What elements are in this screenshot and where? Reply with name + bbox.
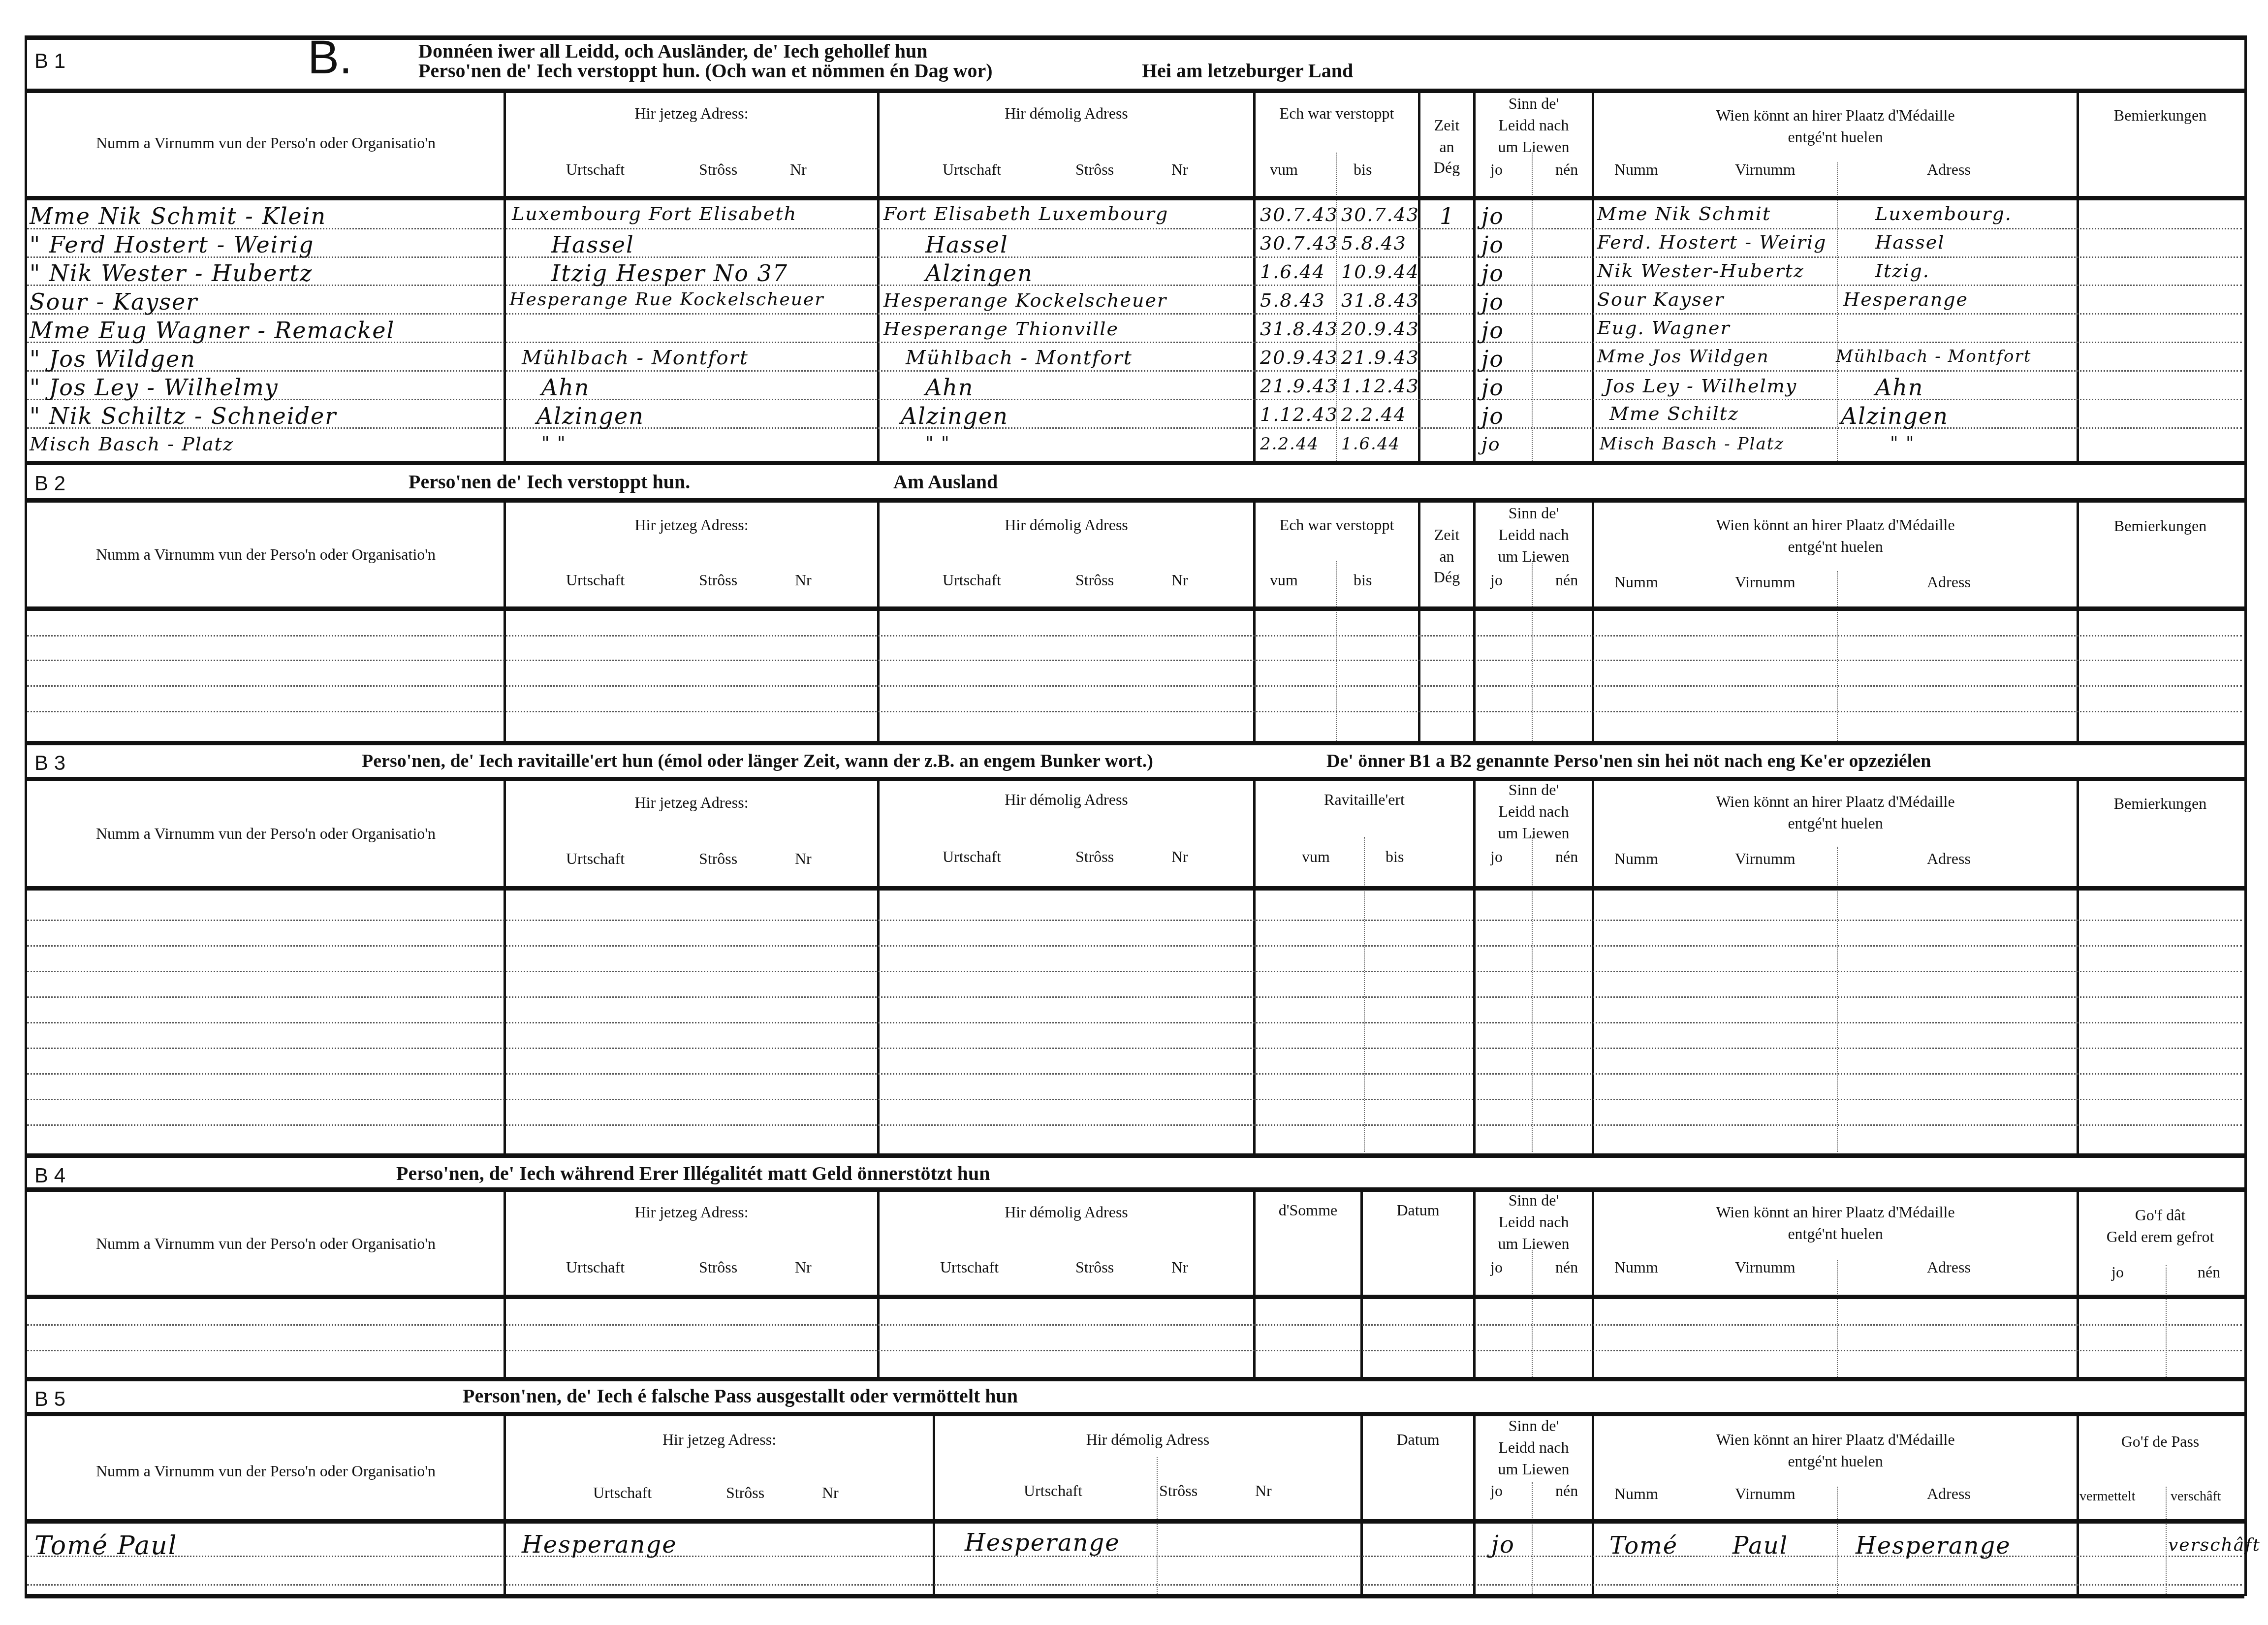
col-stross: Strôss [699,571,737,589]
b1-title-right: Hei am letzeburger Land [1142,59,1353,82]
cell-from: 20.9.43 [1260,347,1338,368]
col-nen: nén [1555,1258,1578,1276]
cell-former-address: Ahn [925,374,974,401]
col-nen: nén [1555,571,1578,589]
cell-current-address: " " [541,433,567,453]
col-virnumm: Virnumm [1735,1485,1795,1503]
cell-medal-name: Sour Kayser [1597,288,1724,310]
cell-risk-yes: jo [1481,403,1504,429]
col-adress: Adress [1927,1485,1971,1503]
col-stross: Strôss [699,850,737,868]
col-current-address: Hir jetzeg Adress: [506,104,877,123]
col-medal-1: Wien könnt an hirer Plaatz d'Médaille [1594,516,2077,534]
rule [25,1295,2244,1299]
section-label-b1: B 1 [34,49,65,73]
b4-title: Perso'nen, de' Iech während Erer Illégal… [396,1162,990,1185]
rule [25,498,2244,503]
col-vum: vum [1270,571,1298,589]
cell-current-address: Mühlbach - Montfort [522,347,749,369]
col-urtschaft: Urtschaft [940,1258,999,1276]
cell-medal-name: Mme Jos Wildgen [1597,347,1769,367]
col-urtschaft: Urtschaft [566,1258,625,1276]
cell-to: 2.2.44 [1341,404,1407,425]
col-hidden: Ech war verstoppt [1256,104,1418,123]
cell-to: 10.9.44 [1341,261,1419,283]
col-nr: Nr [795,571,812,589]
cell-from: 31.8.43 [1260,318,1338,340]
col-nen: nén [2198,1263,2220,1281]
cell-medal-name: Mme Nik Schmit [1597,203,1771,224]
col-hidden: Ech war verstoppt [1256,516,1418,534]
cell-to: 1.6.44 [1341,434,1400,454]
cell-name: " Jos Wildgen [30,346,196,372]
col-nen: nén [1555,848,1578,866]
cell-current-address: Hassel [551,231,634,258]
col-days-1: Zeit [1420,526,1473,544]
col-risk-1: Sinn de' [1476,781,1592,799]
col-remarks: Bemierkungen [2079,795,2241,813]
col-days-1: Zeit [1420,116,1473,134]
cell-medal-address: Ahn [1875,374,1923,401]
col-jo: jo [1490,1482,1503,1500]
col-virnumm: Virnumm [1735,160,1795,179]
rule [25,1519,2244,1524]
cell-medal-address: " " [1890,433,1915,453]
cell-risk-yes: jo [1491,1531,1515,1559]
cell-medal-name: Misch Basch - Platz [1600,434,1784,454]
col-nen: nén [1555,160,1578,179]
cell-to: 20.9.43 [1341,318,1419,340]
col-urtschaft: Urtschaft [566,160,625,179]
col-jo: jo [1490,571,1503,589]
col-remarks: Bemierkungen [2079,517,2241,535]
col-nr: Nr [1171,571,1188,589]
col-days-2: an [1420,547,1473,566]
cell-current-address: Alzingen [536,403,644,429]
cell-medal-address: Mühlbach - Montfort [1836,347,2031,366]
col-name: Numm a Virnumm vun der Perso'n oder Orga… [30,825,502,843]
cell-medal-name: Mme Schiltz [1609,403,1739,424]
cell-medal-address: Hesperange [1856,1532,2011,1560]
col-stross: Strôss [1075,160,1114,179]
cell-medal-address: Itzig. [1875,260,1930,282]
col-stross: Strôss [1075,848,1114,866]
cell-risk-yes: jo [1481,374,1504,401]
b5-title: Person'nen, de' Iech é falsche Pass ausg… [463,1384,1018,1407]
col-stross: Strôss [699,1258,737,1276]
cell-former-address: Hesperange Thionville [883,318,1119,340]
cell-pass-provided: verschâft [2168,1535,2261,1555]
col-urtschaft: Urtschaft [1024,1482,1082,1500]
col-medal-1: Wien könnt an hirer Plaatz d'Médaille [1594,793,2077,811]
col-numm: Numm [1614,160,1658,179]
cell-name: Mme Nik Schmit - Klein [30,203,326,229]
rule [25,89,2244,93]
cell-medal-surname: Tomé [1609,1532,1678,1560]
col-supplied: Ravitaille'ert [1256,791,1473,809]
col-risk-2: Leidd nach [1476,1438,1592,1457]
col-medal-2: entgé'nt huelen [1594,814,2077,832]
cell-to: 5.8.43 [1341,232,1407,254]
col-pass: Go'f de Pass [2079,1433,2241,1451]
col-current-address: Hir jetzeg Adress: [506,1431,933,1449]
col-risk-3: um Liewen [1476,824,1592,842]
b3-title-right: De' önner B1 a B2 genannte Perso'nen sin… [1326,750,1931,772]
col-stross: Strôss [699,160,737,179]
col-pass-provided: verschâft [2171,1489,2221,1504]
cell-name: " Ferd Hostert - Weirig [30,231,314,258]
col-urtschaft: Urtschaft [566,571,625,589]
col-jo: jo [2111,1263,2124,1281]
col-risk-2: Leidd nach [1476,802,1592,821]
cell-from: 21.9.43 [1260,375,1338,397]
col-former-address: Hir démolig Adress [880,791,1253,809]
cell-current-address: Itzig Hesper No 37 [551,260,788,287]
col-current-address: Hir jetzeg Adress: [506,794,877,812]
col-medal-1: Wien könnt an hirer Plaatz d'Médaille [1594,1203,2077,1221]
col-stross: Strôss [1159,1482,1197,1500]
col-sum: d'Somme [1256,1201,1360,1219]
cell-from: 30.7.43 [1260,232,1338,254]
cell-former-address: Fort Elisabeth Luxembourg [883,203,1168,224]
cell-risk-yes: jo [1481,433,1501,455]
col-nr: Nr [795,850,812,868]
rule [25,35,2244,40]
col-nr: Nr [790,160,807,179]
col-former-address: Hir démolig Adress [935,1431,1360,1449]
col-days-3: Dég [1420,568,1473,586]
rule [25,461,2244,465]
col-pass-mediated: vermettelt [2079,1489,2136,1504]
rule [25,741,2244,745]
cell-risk-yes: jo [1481,260,1504,287]
col-numm: Numm [1614,850,1658,868]
col-stross: Strôss [1075,571,1114,589]
cell-risk-yes: jo [1481,203,1504,229]
col-jo: jo [1490,160,1503,179]
rule [25,606,2244,611]
form-part-letter: B. [308,31,352,85]
col-date: Datum [1363,1431,1473,1449]
cell-risk-yes: jo [1481,231,1504,258]
col-medal-2: entgé'nt huelen [1594,128,2077,146]
col-bis: bis [1354,160,1372,179]
rule [25,1153,2244,1158]
col-risk-1: Sinn de' [1476,504,1592,522]
col-risk-3: um Liewen [1476,1235,1592,1253]
cell-former-address: Mühlbach - Montfort [906,347,1133,369]
col-date: Datum [1363,1201,1473,1219]
col-former-address: Hir démolig Adress [880,104,1253,123]
col-days-2: an [1420,138,1473,156]
cell-former-address: Hassel [925,231,1008,258]
cell-current-address: Hesperange [522,1531,677,1559]
col-virnumm: Virnumm [1735,573,1795,591]
col-nr: Nr [1171,1258,1188,1276]
b2-title: Perso'nen de' Iech verstoppt hun. [409,470,690,493]
cell-medal-name: Ferd. Hostert - Weirig [1597,231,1827,253]
col-current-address: Hir jetzeg Adress: [506,516,877,534]
section-label-b5: B 5 [34,1387,65,1411]
col-vum: vum [1302,848,1330,866]
col-virnumm: Virnumm [1735,1258,1795,1276]
col-risk-2: Leidd nach [1476,526,1592,544]
cell-current-address: Ahn [541,374,590,401]
rule [25,886,2244,891]
cell-to: 31.8.43 [1341,289,1419,311]
cell-medal-address: Hesperange [1843,288,1968,310]
col-name: Numm a Virnumm vun der Perso'n oder Orga… [30,1235,502,1253]
section-label-b3: B 3 [34,751,65,775]
col-numm: Numm [1614,1485,1658,1503]
cell-risk-yes: jo [1481,288,1504,315]
cell-medal-address: Luxembourg. [1875,203,2012,224]
col-risk-1: Sinn de' [1476,1191,1592,1210]
col-nr: Nr [795,1258,812,1276]
cell-name: Mme Eug Wagner - Remackel [30,317,395,344]
col-former-address: Hir démolig Adress [880,1203,1253,1221]
col-name: Numm a Virnumm vun der Perso'n oder Orga… [30,545,502,564]
cell-risk-yes: jo [1481,346,1504,372]
cell-from: 30.7.43 [1260,204,1338,225]
rule [25,1594,2244,1598]
cell-from: 2.2.44 [1260,434,1319,454]
cell-medal-name: Eug. Wagner [1597,317,1731,339]
col-numm: Numm [1614,573,1658,591]
col-adress: Adress [1927,850,1971,868]
cell-name: " Nik Wester - Hubertz [30,260,313,287]
col-name: Numm a Virnumm vun der Perso'n oder Orga… [30,134,502,152]
cell-medal-address: Hassel [1875,231,1945,253]
rule [25,777,2244,781]
cell-former-address: Alzingen [925,260,1033,287]
cell-to: 21.9.43 [1341,347,1419,368]
cell-name: Misch Basch - Platz [30,433,234,455]
col-risk-1: Sinn de' [1476,1417,1592,1435]
cell-name: Tomé Paul [34,1531,177,1561]
col-stross: Strôss [1075,1258,1114,1276]
col-virnumm: Virnumm [1735,850,1795,868]
cell-medal-address: Alzingen [1841,403,1949,429]
col-urtschaft: Urtschaft [943,160,1001,179]
col-medal-2: entgé'nt huelen [1594,1452,2077,1470]
rule [25,1412,2244,1416]
col-urtschaft: Urtschaft [593,1484,652,1502]
cell-medal-name: Nik Wester-Hubertz [1597,260,1804,282]
col-numm: Numm [1614,1258,1658,1276]
b2-title-right: Am Ausland [893,470,998,493]
col-bis: bis [1386,848,1404,866]
cell-current-address: Hesperange Rue Kockelscheuer [509,289,824,310]
col-remarks: Bemierkungen [2079,106,2241,125]
col-adress: Adress [1927,573,1971,591]
col-adress: Adress [1927,160,1971,179]
cell-former-address: Hesperange Kockelscheuer [883,289,1167,311]
col-risk-2: Leidd nach [1476,116,1592,134]
col-adress: Adress [1927,1258,1971,1276]
col-risk-2: Leidd nach [1476,1213,1592,1231]
col-medal-2: entgé'nt huelen [1594,1225,2077,1243]
cell-former-address: Hesperange [965,1529,1120,1557]
cell-from: 1.12.43 [1260,404,1338,425]
col-jo: jo [1490,848,1503,866]
col-risk-1: Sinn de' [1476,95,1592,113]
b3-title: Perso'nen, de' Iech ravitaille'ert hun (… [362,750,1153,772]
col-medal-1: Wien könnt an hirer Plaatz d'Médaille [1594,1431,2077,1449]
col-urtschaft: Urtschaft [943,571,1001,589]
col-urtschaft: Urtschaft [566,850,625,868]
col-risk-3: um Liewen [1476,547,1592,566]
cell-current-address: Luxembourg Fort Elisabeth [512,203,797,224]
cell-name: " Nik Schiltz - Schneider [30,403,337,429]
col-former-address: Hir démolig Adress [880,516,1253,534]
cell-days: 1 [1440,203,1455,229]
col-current-address: Hir jetzeg Adress: [506,1203,877,1221]
col-money-asked-1: Go'f dât [2079,1206,2241,1224]
cell-medal-name: Jos Ley - Wilhelmy [1605,375,1797,397]
col-urtschaft: Urtschaft [943,848,1001,866]
cell-from: 5.8.43 [1260,289,1325,311]
rule [25,1187,2244,1192]
cell-risk-yes: jo [1481,317,1504,344]
cell-name: " Jos Ley - Wilhelmy [30,374,279,401]
col-nen: nén [1555,1482,1578,1500]
col-jo: jo [1490,1258,1503,1276]
col-nr: Nr [1255,1482,1272,1500]
col-money-asked-2: Geld erem gefrot [2079,1228,2241,1246]
cell-former-address: " " [925,433,950,453]
col-name: Numm a Virnumm vun der Perso'n oder Orga… [30,1462,502,1480]
col-days-3: Dég [1420,159,1473,177]
col-nr: Nr [1171,848,1188,866]
col-nr: Nr [822,1484,839,1502]
col-vum: vum [1270,160,1298,179]
rule [25,196,2244,200]
cell-name: Sour - Kayser [30,288,198,315]
cell-to: 1.12.43 [1341,375,1419,397]
col-nr: Nr [1171,160,1188,179]
col-stross: Strôss [726,1484,764,1502]
cell-medal-firstname: Paul [1732,1532,1788,1560]
col-medal-2: entgé'nt huelen [1594,538,2077,556]
b1-title-line2: Perso'nen de' Iech verstoppt hun. (Och w… [418,59,993,82]
col-risk-3: um Liewen [1476,1460,1592,1478]
cell-former-address: Alzingen [901,403,1008,429]
rule [25,1377,2244,1381]
cell-from: 1.6.44 [1260,261,1325,283]
col-risk-3: um Liewen [1476,138,1592,156]
cell-to: 30.7.43 [1341,204,1419,225]
section-label-b2: B 2 [34,472,65,495]
col-medal-1: Wien könnt an hirer Plaatz d'Médaille [1594,106,2077,125]
col-bis: bis [1354,571,1372,589]
section-label-b4: B 4 [34,1164,65,1187]
